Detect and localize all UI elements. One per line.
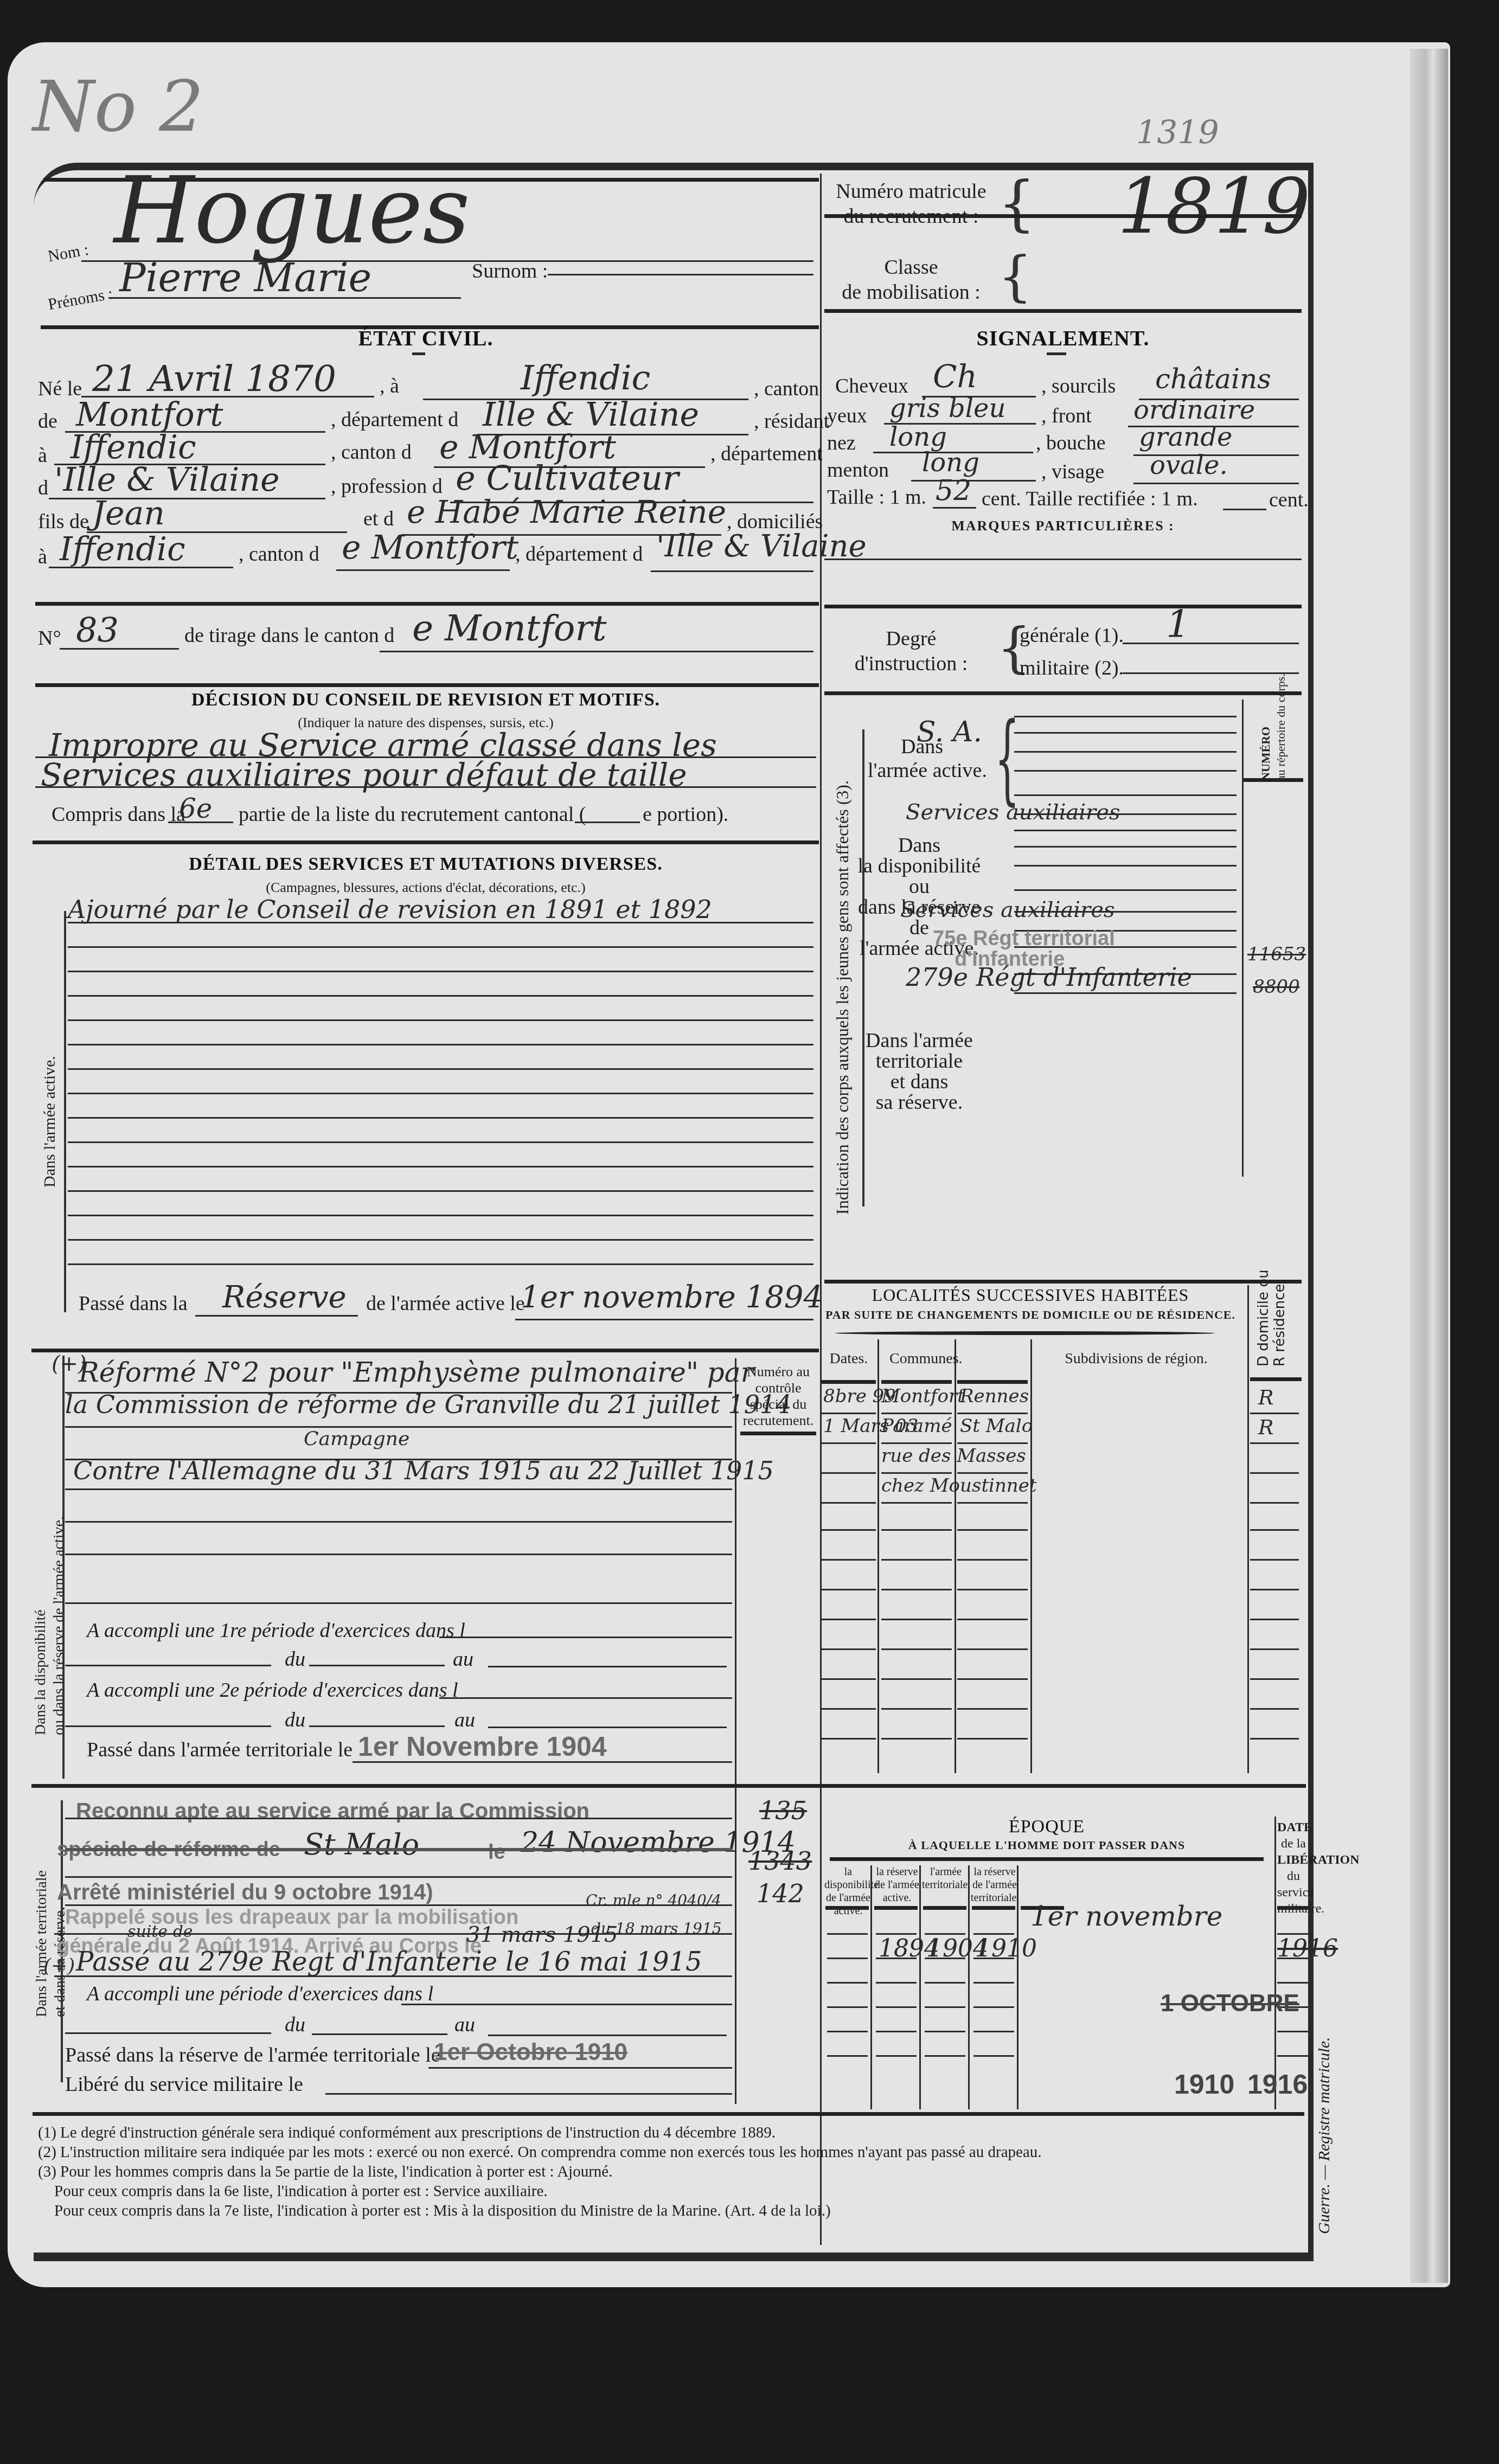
corps-terr-value-1[interactable]: Services auxiliaires — [900, 897, 1114, 922]
field-line — [515, 1319, 813, 1320]
periode-label: A accompli une période d'exercices dans … — [87, 1982, 433, 2006]
loc-subdivision[interactable]: St Malo — [960, 1415, 1033, 1437]
ruled-line — [822, 1380, 876, 1384]
sourcils-value[interactable]: châtains — [1155, 363, 1271, 395]
side-brace — [64, 911, 66, 1312]
field-line — [1223, 509, 1266, 510]
field-line — [65, 1554, 732, 1555]
ruled-line — [957, 1442, 1028, 1444]
loc-subdivision[interactable]: Rennes — [960, 1385, 1029, 1407]
lib-2: de la — [1281, 1837, 1306, 1851]
ornament-rule — [835, 1331, 1215, 1335]
bouche-label: , bouche — [1036, 431, 1106, 455]
field-line — [65, 1602, 732, 1604]
ruled-line — [822, 1502, 876, 1504]
ruled-line — [827, 1982, 868, 1984]
ruled-line — [876, 2031, 917, 2032]
ruled-line — [957, 1738, 1028, 1740]
detail-line-1[interactable]: Ajourné par le Conseil de revision en 18… — [68, 895, 712, 924]
dom-value[interactable]: Iffendic — [60, 530, 185, 568]
ruled-line — [1250, 1648, 1299, 1650]
res-dept-prefix: d — [38, 476, 48, 500]
au-label-2: au — [454, 1708, 475, 1732]
dom-canton-label: , canton d — [239, 542, 319, 566]
passe-reserve-mid: de l'armée active le — [366, 1292, 525, 1316]
cheveux-value[interactable]: Ch — [933, 358, 977, 395]
reforme-place[interactable]: St Malo — [304, 1827, 419, 1862]
ruled-line — [68, 1215, 813, 1216]
surnom-line — [548, 274, 813, 275]
field-line — [380, 651, 813, 652]
footnote-1: (1) Le degré d'instruction générale sera… — [38, 2123, 1042, 2142]
corps-numero-1[interactable]: 11653 — [1247, 944, 1306, 965]
ruled-line — [881, 1648, 952, 1650]
passe-279-line[interactable]: Passé au 279e Regt d'Infanterie le 16 ma… — [76, 1947, 702, 1977]
ruled-line — [1014, 770, 1237, 772]
dr-rule — [1250, 1377, 1302, 1381]
stamp-arrete: Arrêté ministériel du 9 octobre 1914) — [57, 1881, 433, 1905]
etat-civil-title: ÉTAT CIVIL. — [33, 325, 819, 351]
ruled-line — [1250, 1472, 1299, 1474]
taille-value[interactable]: 52 — [936, 474, 971, 507]
field-line — [65, 1876, 732, 1878]
ruled-line — [925, 1982, 965, 1984]
ruled-line — [957, 1472, 1028, 1474]
ornament-rule — [830, 1857, 1264, 1861]
ruled-line — [68, 971, 813, 972]
ruled-line — [1250, 1589, 1299, 1590]
ruled-line — [973, 1982, 1014, 1984]
ruled-line — [827, 2055, 868, 2057]
ruled-line — [923, 1906, 966, 1910]
dispo-line-1[interactable]: Réformé N°2 pour "Emphysème pulmonaire" … — [79, 1357, 754, 1388]
generale-value[interactable]: 1 — [1166, 602, 1190, 646]
side-label-active: Dans l'armée active. — [41, 1056, 59, 1188]
ruled-line — [876, 2006, 917, 2008]
ruled-line — [822, 1648, 876, 1650]
nez-label: nez — [827, 431, 856, 455]
section-rule — [35, 683, 819, 687]
passe-reserve-date[interactable]: 1er novembre 1894 — [521, 1280, 823, 1315]
ruled-line — [822, 1708, 876, 1710]
ruled-line — [1014, 889, 1237, 891]
matricule-label: Numéro matriculedu recrutement : — [830, 179, 992, 229]
epoque-date-header[interactable]: 1er novembre — [1030, 1901, 1222, 1932]
periode2-label: A accompli une 2e période d'exercices da… — [87, 1678, 458, 1702]
ruled-line — [1277, 1906, 1310, 1910]
loc-commune[interactable]: rue des Masses — [881, 1445, 1026, 1467]
field-line — [336, 569, 510, 571]
a-label: , à — [380, 374, 399, 398]
ruled-line — [68, 1263, 813, 1265]
ruled-line — [881, 1502, 952, 1504]
localites-column-header: Dates. — [819, 1350, 879, 1368]
field-line — [353, 1761, 732, 1763]
ruled-line — [972, 1906, 1015, 1910]
ruled-line — [1250, 1619, 1299, 1620]
ruled-line — [881, 1708, 952, 1710]
front-label: , front — [1041, 404, 1092, 428]
passe-reserve-terr-label: Passé dans la réserve de l'armée territo… — [65, 2043, 440, 2067]
classe-label-line1: Classe — [884, 256, 938, 279]
ruled-line — [881, 1619, 952, 1620]
numbers-column-divider — [735, 1789, 736, 2104]
field-line — [35, 786, 816, 788]
liberation-label: DATEde laLIBÉRATIONdu service militaire. — [1277, 1819, 1310, 1917]
note-marker-2: (+) — [43, 1955, 75, 1977]
ruled-line — [957, 1380, 1028, 1384]
t1: Dans l'armée — [866, 1029, 973, 1052]
ruled-line — [925, 2055, 965, 2057]
dispo-line-3[interactable]: Contre l'Allemagne du 31 Mars 1915 au 22… — [73, 1456, 774, 1485]
mere-value[interactable]: e Habé Marie Reine — [407, 493, 726, 530]
compris-rest: partie de la liste du recrutement canton… — [239, 803, 586, 826]
ruled-line — [68, 1141, 813, 1143]
field-line — [488, 2035, 727, 2036]
du-label: du — [285, 1647, 305, 1671]
bouche-value[interactable]: grande — [1139, 422, 1232, 452]
ruled-line — [957, 1678, 1028, 1680]
brace: { — [998, 174, 1036, 233]
bracket-note-1[interactable]: Cr. mle n° 4040/4 — [586, 1891, 721, 1909]
ruled-line — [1014, 751, 1237, 753]
ruled-line — [881, 1559, 952, 1561]
section-rule — [31, 1349, 819, 1352]
ruled-line — [1250, 1559, 1299, 1561]
l3: ou — [909, 875, 930, 898]
ruled-line — [1250, 1502, 1299, 1504]
passe-territoriale-label: Passé dans l'armée territoriale le — [87, 1738, 353, 1762]
ruled-line — [68, 1190, 813, 1192]
lib-3: LIBÉRATION — [1277, 1853, 1360, 1867]
field-line — [401, 2004, 732, 2005]
ruled-line — [881, 1413, 952, 1414]
tirage-canton-value[interactable]: e Montfort — [412, 607, 607, 649]
footnote-2: (2) L'instruction militaire sera indiqué… — [38, 2142, 1042, 2162]
ruled-line — [822, 1738, 876, 1740]
ruled-line — [881, 1589, 952, 1590]
field-line — [488, 1727, 727, 1728]
footnote-3: (3) Pour les hommes compris dans la 5e p… — [38, 2162, 1042, 2181]
field-line — [575, 822, 640, 823]
matricule-bottom-rule — [824, 214, 1302, 218]
corner-mark: No 2 — [33, 65, 204, 147]
ruled-line — [1250, 1529, 1299, 1531]
field-line — [65, 1488, 732, 1490]
dr-column-divider — [1247, 1285, 1249, 1773]
field-line — [309, 1665, 445, 1666]
ruled-line — [1014, 732, 1237, 734]
field-line — [824, 559, 1302, 560]
field-line — [1133, 483, 1299, 484]
ruled-line — [881, 1380, 952, 1384]
sourcils-label: , sourcils — [1041, 374, 1116, 398]
ne-le-value[interactable]: 21 Avril 1870 — [92, 358, 336, 400]
stamp-month: 1 OCTOBRE — [1161, 1990, 1299, 2017]
residant-label: , résidant — [754, 409, 829, 433]
pencil-number: 1319 — [1136, 114, 1219, 152]
loc-commune[interactable]: chez Moustinnet — [881, 1475, 1037, 1497]
localites-column-header: Subdivisions de région. — [1033, 1350, 1239, 1368]
ruled-line — [925, 2031, 965, 2032]
corps-active-label-2: l'armée active. — [868, 759, 987, 782]
lib-1: DATE — [1277, 1820, 1312, 1834]
section-rule — [824, 1280, 1302, 1284]
degre-label-line2: d'instruction : — [855, 652, 968, 675]
ruled-line — [876, 1982, 917, 1984]
footnote-5: Pour ceux compris dans la 7e liste, l'in… — [38, 2201, 1042, 2221]
ruled-line — [957, 1619, 1028, 1620]
field-line — [325, 2093, 732, 2095]
ruled-line — [822, 1559, 876, 1561]
localites-subtitle: PAR SUITE DE CHANGEMENTS DE DOMICILE OU … — [824, 1308, 1237, 1322]
ruled-line — [1250, 1442, 1299, 1444]
de-label: de — [38, 409, 57, 433]
ruled-line — [822, 1678, 876, 1680]
libere-label: Libéré du service militaire le — [65, 2072, 303, 2096]
ruled-line — [957, 1502, 1028, 1504]
footnote-4: Pour ceux compris dans la 6e liste, l'in… — [38, 2181, 1042, 2201]
section-rule — [824, 691, 1302, 695]
ruled-line — [68, 1068, 813, 1070]
field-line — [65, 1725, 271, 1727]
ruled-line — [957, 1559, 1028, 1561]
field-line — [312, 2033, 447, 2035]
compris-value[interactable]: 6e — [179, 793, 212, 824]
side-brace — [62, 1356, 65, 1779]
nom-value[interactable]: Hogues — [114, 157, 470, 265]
epoque-column-header: la réserve de l'armée territoriale. — [971, 1865, 1018, 1904]
ruled-line — [925, 1933, 965, 1935]
ruled-line — [1014, 846, 1237, 848]
side-number-2[interactable]: 1343 — [748, 1846, 812, 1876]
degre-label-line1: Degré — [886, 627, 937, 650]
ruled-line — [822, 1472, 876, 1474]
ruled-line — [1014, 716, 1237, 717]
side-number-3[interactable]: 142 — [757, 1879, 804, 1908]
page-stack-edge — [1410, 49, 1448, 2283]
militaire-label: militaire (2). — [1020, 656, 1124, 680]
ruled-line — [1277, 1982, 1310, 1984]
du-label-3: du — [285, 2013, 305, 2037]
localites-title: LOCALITÉS SUCCESSIVES HABITÉES — [824, 1285, 1237, 1305]
epoque-column-header: l'armée territoriale. — [922, 1865, 970, 1891]
ruled-line — [827, 1933, 868, 1935]
ruled-line — [1277, 1933, 1310, 1935]
ruled-line — [1014, 794, 1237, 796]
ruled-line — [827, 2006, 868, 2008]
title-dash — [1047, 352, 1066, 355]
ruled-line — [925, 2006, 965, 2008]
signalement-title: SIGNALEMENT. — [824, 325, 1302, 351]
dr-label-1: D domicile ou — [1255, 1269, 1272, 1366]
field-line — [168, 822, 233, 823]
section-rule — [31, 1784, 1306, 1788]
section-rule — [33, 840, 819, 844]
ruled-line — [881, 1442, 952, 1444]
corps-terr-stamp-1: 75e Régt territorial — [933, 927, 1115, 951]
loc-commune[interactable]: Paramé — [881, 1415, 952, 1437]
ruled-line — [881, 1678, 952, 1680]
dom-dept-label: , département d — [515, 542, 643, 566]
ruled-line — [1014, 992, 1237, 994]
marques-label: MARQUES PARTICULIÈRES : — [824, 518, 1302, 534]
loc-dr[interactable]: R — [1258, 1385, 1274, 1409]
loc-commune[interactable]: Montfort — [881, 1385, 965, 1407]
ruled-line — [825, 1906, 869, 1910]
t2: territoriale — [876, 1050, 963, 1073]
loc-dr[interactable]: R — [1258, 1415, 1274, 1439]
column-divider — [820, 174, 822, 2245]
section-rule — [33, 2112, 1304, 2116]
pere-value[interactable]: Jean — [92, 495, 165, 532]
stamp-reconnu: Reconnu apte au service armé par la Comm… — [76, 1799, 590, 1824]
passe-reserve-label: Passé dans la — [79, 1292, 188, 1316]
corps-terr-value-2[interactable]: 279e Régt d'Infanterie — [906, 963, 1192, 992]
yeux-label: yeux — [827, 404, 867, 428]
menton-label: menton — [827, 458, 889, 482]
ruled-line — [973, 2006, 1014, 2008]
section-rule — [824, 605, 1302, 608]
canton-label: , canton — [754, 377, 819, 401]
ruled-line — [973, 2055, 1014, 2057]
profession-value[interactable]: e Cultivateur — [456, 458, 679, 498]
l1: Dans — [898, 834, 940, 857]
passe-reserve-value[interactable]: Réserve — [222, 1280, 347, 1315]
classe-label-line2: de mobilisation : — [842, 281, 980, 304]
yeux-value[interactable]: gris bleu — [889, 393, 1005, 424]
field-line — [488, 1666, 727, 1667]
side-brace — [862, 729, 864, 1207]
au-label: au — [453, 1647, 473, 1671]
epoque-title: ÉPOQUE — [824, 1817, 1269, 1837]
matricule-label-line1: Numéro matricule — [836, 180, 986, 203]
ruled-line — [876, 1933, 917, 1935]
ruled-line — [973, 2031, 1014, 2032]
ruled-line — [68, 1093, 813, 1094]
ruled-line — [1250, 1678, 1299, 1680]
surnom-label: Surnom : — [472, 259, 548, 283]
detail-title: DÉTAIL DES SERVICES ET MUTATIONS DIVERSE… — [33, 854, 819, 875]
periode1-label: A accompli une 1re période d'exercices d… — [87, 1619, 465, 1642]
field-line — [309, 1725, 445, 1727]
dom-a-label: à — [38, 545, 47, 569]
field-line — [49, 567, 233, 568]
dispo-line-2[interactable]: la Commission de réforme de Granville du… — [65, 1390, 791, 1419]
passe-reserve-terr-value[interactable]: 1er Octobre 1910 — [434, 2039, 627, 2066]
du-label-2: du — [285, 1708, 305, 1732]
detail-subtitle: (Campagnes, blessures, actions d'éclat, … — [33, 880, 819, 896]
side-label-territoriale-1: Dans l'armée territoriale — [33, 1870, 50, 2017]
side-label-disponibilite-1: Dans la disponibilité — [32, 1609, 49, 1735]
corps-dispo-value[interactable]: Services auxiliaires — [906, 800, 1120, 825]
prenoms-value[interactable]: Pierre Marie — [119, 255, 371, 300]
field-line — [439, 1637, 732, 1638]
arrive-date[interactable]: 31 mars 1915 — [466, 1922, 618, 1947]
controle-column-divider — [735, 1358, 736, 1792]
res-departement-label: , département — [710, 442, 823, 466]
compris-label: Compris dans la — [52, 803, 185, 826]
ruled-line — [68, 1044, 813, 1045]
ruled-line — [68, 1239, 813, 1241]
dispo-line-3-above[interactable]: Campagne — [304, 1428, 409, 1450]
ruled-line — [68, 995, 813, 997]
liberation-column-divider — [1274, 1817, 1276, 2109]
passe-territoriale-value[interactable]: 1er Novembre 1904 — [358, 1731, 607, 1762]
ruled-line — [1250, 1708, 1299, 1710]
ruled-line — [876, 2055, 917, 2057]
ruled-line — [1250, 1738, 1299, 1740]
ruled-line — [68, 1019, 813, 1021]
field-line — [65, 1521, 732, 1523]
column-line — [968, 1865, 970, 2109]
controle-rule — [740, 1432, 816, 1435]
dom-canton-value[interactable]: e Montfort — [342, 529, 518, 567]
numero-rule — [1244, 778, 1303, 782]
au-label-3: au — [454, 2013, 475, 2037]
field-line — [911, 480, 1036, 482]
dr-label-2: R résidence. — [1272, 1279, 1288, 1366]
tirage-no-value[interactable]: 83 — [76, 610, 119, 650]
ruled-line — [68, 922, 813, 923]
side-imprint: Guerre. — Registre matricule. — [1315, 2037, 1334, 2234]
ruled-line — [822, 1529, 876, 1531]
stamp-le: le — [488, 1841, 505, 1864]
tirage-label: de tirage dans le canton d — [184, 624, 394, 647]
corps-active-value[interactable]: S. A. — [917, 716, 982, 748]
title-dash — [412, 352, 425, 355]
field-line — [65, 2032, 271, 2034]
ruled-line — [957, 1413, 1028, 1414]
numero-label-2: au répertoire du corps. — [1274, 673, 1287, 781]
res-dept-value[interactable]: 'Ille & Vilaine — [54, 461, 279, 499]
stamp-year-1: 1910 — [1174, 2069, 1234, 2100]
field-line — [439, 1697, 732, 1699]
ruled-line — [1014, 830, 1237, 831]
taille-rect-label: cent. Taille rectifiée : 1 m. — [982, 487, 1198, 511]
portion-label: e portion). — [643, 803, 728, 826]
numero-column-divider — [1242, 700, 1244, 1177]
numero-label-1: NUMÉRO — [1259, 727, 1272, 781]
ruled-line — [822, 1442, 876, 1444]
side-number-1[interactable]: 135 — [759, 1796, 807, 1825]
classe-bottom-rule — [824, 309, 1302, 313]
ruled-line — [1014, 865, 1237, 867]
field-line — [65, 1665, 271, 1666]
l2: la disponibilité — [858, 855, 981, 877]
matricule-value[interactable]: 1819 — [1117, 163, 1310, 251]
a-value[interactable]: Iffendic — [521, 358, 650, 397]
footnotes: (1) Le degré d'instruction générale sera… — [38, 2123, 1042, 2221]
corps-numero-2[interactable]: 8800 — [1253, 976, 1300, 998]
ruled-line — [973, 1958, 1014, 1959]
stamp-year-2: 1916 — [1247, 2069, 1308, 2100]
visage-value[interactable]: ovale. — [1150, 450, 1228, 480]
field-line — [54, 1975, 732, 1977]
field-line — [65, 1818, 732, 1819]
ruled-line — [957, 1708, 1028, 1710]
section-rule — [35, 602, 819, 606]
ruled-line — [822, 1413, 876, 1414]
side-label-disponibilite-2: ou dans la réserve de l'armée active. — [50, 1516, 67, 1735]
res-canton-label: , canton d — [331, 440, 412, 464]
menton-value[interactable]: long — [922, 447, 979, 478]
field-line — [195, 1315, 358, 1317]
ruled-line — [881, 1738, 952, 1740]
front-value[interactable]: ordinaire — [1133, 395, 1255, 425]
ruled-line — [822, 1589, 876, 1590]
res-a-label: à — [38, 444, 47, 467]
